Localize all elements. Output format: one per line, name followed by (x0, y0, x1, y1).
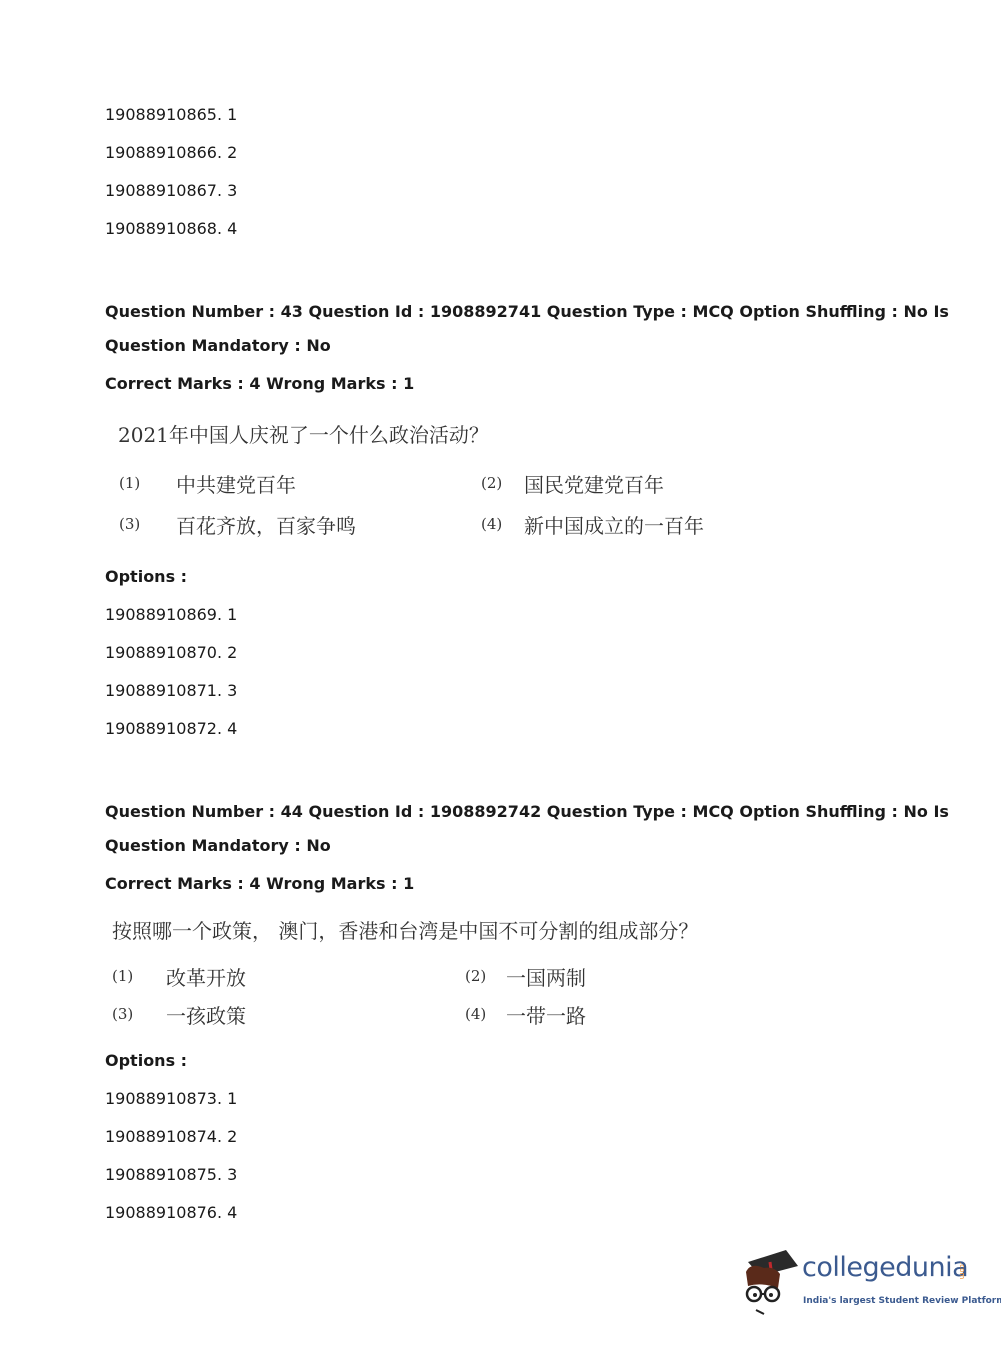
option-id-line: 19088910873. 1 (105, 1089, 237, 1109)
question-header: Question Number : 43 Question Id : 19088… (105, 302, 949, 322)
mascot-icon (740, 1248, 802, 1318)
choice-label: 新中国成立的一百年 (524, 510, 704, 539)
choice-number: (1) (112, 967, 133, 985)
options-label: Options : (105, 1051, 187, 1071)
question-marks: Correct Marks : 4 Wrong Marks : 1 (105, 374, 414, 394)
choice-label: 百花齐放，百家争鸣 (176, 510, 356, 539)
choice-number: (1) (119, 474, 140, 492)
choice-label: 一国两制 (506, 962, 586, 991)
option-id-line: 19088910875. 3 (105, 1165, 237, 1185)
choice-number: (3) (119, 515, 140, 533)
question-text: 2021年中国人庆祝了一个什么政治活动？ (118, 419, 489, 448)
question-header: Question Number : 44 Question Id : 19088… (105, 802, 949, 822)
question-mandatory: Question Mandatory : No (105, 336, 331, 356)
logo-wordmark: collegedunia (802, 1252, 968, 1283)
option-id-line: 19088910874. 2 (105, 1127, 237, 1147)
choice-number: (3) (112, 1005, 133, 1023)
option-id-line: 19088910876. 4 (105, 1203, 237, 1223)
question-marks: Correct Marks : 4 Wrong Marks : 1 (105, 874, 414, 894)
choice-number: (2) (465, 967, 486, 985)
choice-label: 一孩政策 (166, 1000, 246, 1029)
logo-com: .com (958, 1262, 966, 1279)
choice-label: 中共建党百年 (176, 469, 296, 498)
option-id-line: 19088910865. 1 (105, 105, 237, 125)
option-id-line: 19088910872. 4 (105, 719, 237, 739)
choice-number: (4) (481, 515, 502, 533)
option-id-line: 19088910871. 3 (105, 681, 237, 701)
option-id-line: 19088910867. 3 (105, 181, 237, 201)
logo-tagline: India's largest Student Review Platform (803, 1296, 1001, 1306)
option-id-line: 19088910869. 1 (105, 605, 237, 625)
question-mandatory: Question Mandatory : No (105, 836, 331, 856)
choice-label: 国民党建党百年 (524, 469, 664, 498)
collegedunia-logo: collegedunia .com India's largest Studen… (740, 1248, 970, 1318)
choice-number: (2) (481, 474, 502, 492)
choice-number: (4) (465, 1005, 486, 1023)
choice-label: 一带一路 (506, 1000, 586, 1029)
option-id-line: 19088910870. 2 (105, 643, 237, 663)
question-text: 按照哪一个政策， 澳门，香港和台湾是中国不可分割的组成部分？ (112, 915, 698, 944)
option-id-line: 19088910866. 2 (105, 143, 237, 163)
option-id-line: 19088910868. 4 (105, 219, 237, 239)
choice-label: 改革开放 (166, 962, 246, 991)
options-label: Options : (105, 567, 187, 587)
